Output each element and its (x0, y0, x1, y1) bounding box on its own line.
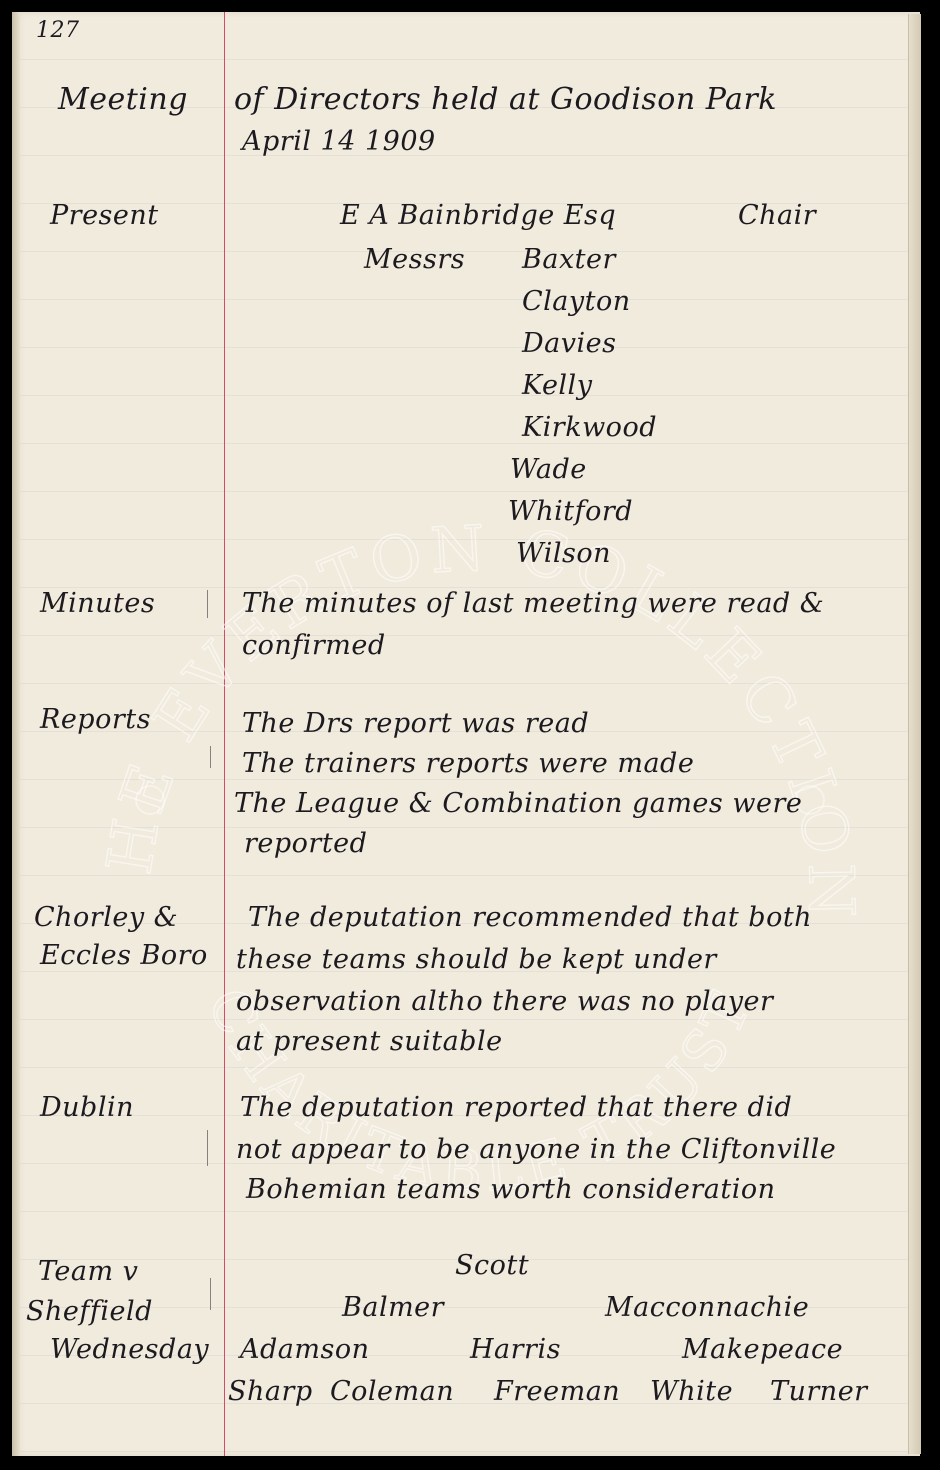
member-name: Whitford (508, 496, 633, 527)
messrs-label: Messrs (364, 244, 465, 275)
margin-tick (207, 590, 208, 618)
label-team: Team v (38, 1256, 138, 1287)
player-back: Macconnachie (605, 1292, 809, 1323)
margin-tick (207, 1130, 208, 1166)
member-name: Kirkwood (522, 412, 657, 443)
chair-role: Chair (738, 200, 816, 231)
label-present: Present (50, 200, 159, 231)
entry-line: The deputation reported that there did (240, 1092, 792, 1123)
label-dublin: Dublin (40, 1092, 134, 1123)
page-binding-edge (12, 12, 20, 1456)
entry-line: The trainers reports were made (242, 748, 694, 779)
member-name: Wilson (516, 538, 611, 569)
page-number: 127 (36, 18, 80, 43)
entry-line: not appear to be anyone in the Cliftonvi… (236, 1134, 836, 1165)
player-back: Balmer (342, 1292, 444, 1323)
label-reports: Reports (40, 704, 151, 735)
meeting-date: April 14 1909 (242, 126, 436, 157)
player-forward: Sharp (228, 1376, 313, 1407)
red-margin-rule (224, 12, 225, 1456)
player-goalkeeper: Scott (455, 1250, 529, 1281)
entry-line: Bohemian teams worth consideration (246, 1174, 776, 1205)
entry-line: at present suitable (236, 1026, 503, 1057)
entry-line: reported (244, 828, 367, 859)
entry-line: confirmed (242, 630, 386, 661)
heading-meeting: Meeting (58, 82, 188, 117)
entry-line: The minutes of last meeting were read & (242, 588, 824, 619)
player-forward: White (650, 1376, 733, 1407)
label-minutes: Minutes (40, 588, 155, 619)
player-forward: Turner (770, 1376, 868, 1407)
label-sheffield: Sheffield (26, 1296, 153, 1327)
label-chorley: Chorley & (34, 902, 178, 933)
player-halfback: Adamson (240, 1334, 369, 1365)
player-halfback: Harris (470, 1334, 561, 1365)
heading-directors-goodison: of Directors held at Goodison Park (234, 82, 777, 117)
margin-tick (210, 1278, 211, 1310)
entry-line: observation altho there was no player (236, 986, 773, 1017)
player-halfback: Makepeace (682, 1334, 843, 1365)
member-name: Kelly (522, 370, 592, 401)
label-wednesday: Wednesday (50, 1334, 209, 1365)
entry-line: The League & Combination games were (234, 788, 802, 819)
entry-line: these teams should be kept under (236, 944, 717, 975)
member-name: Clayton (522, 286, 631, 317)
label-eccles-boro: Eccles Boro (40, 940, 208, 971)
player-forward: Freeman (494, 1376, 620, 1407)
member-name: Davies (522, 328, 616, 359)
entry-line: The Drs report was read (242, 708, 589, 739)
player-forward: Coleman (330, 1376, 454, 1407)
chair-name: E A Bainbridge Esq (340, 200, 616, 231)
member-name: Baxter (522, 244, 616, 275)
member-name: Wade (510, 454, 587, 485)
page-fore-edge (908, 14, 921, 1454)
entry-line: The deputation recommended that both (248, 902, 812, 933)
margin-tick (210, 746, 211, 768)
